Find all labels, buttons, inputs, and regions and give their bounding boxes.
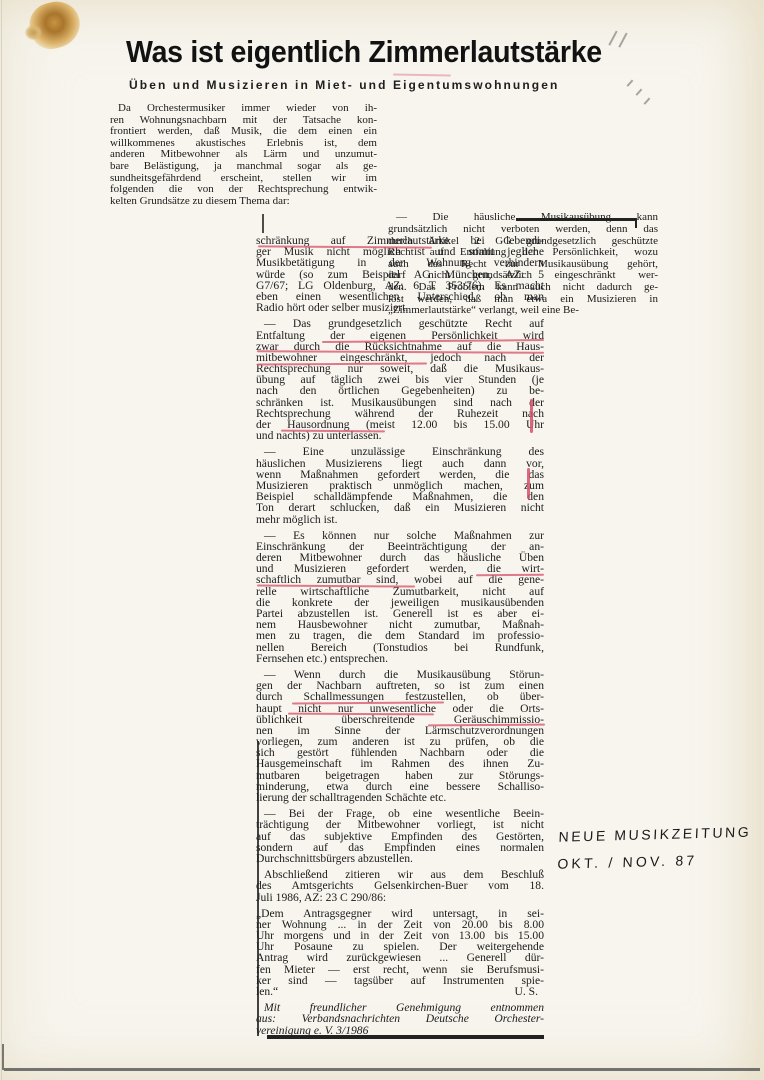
body-paragraph: — Eine unzulässige Einschränkung deshäus… xyxy=(256,446,544,524)
handwritten-note-line2: OKT. / NOV. 87 xyxy=(557,850,764,872)
red-underline-mark xyxy=(257,362,427,365)
pencil-mark xyxy=(618,33,627,48)
column-rule xyxy=(257,741,259,1036)
red-margin-mark xyxy=(530,399,533,433)
text-line: Ton derart schlucken, daß ein Musizieren… xyxy=(256,502,544,513)
pencil-mark xyxy=(627,80,633,87)
body-paragraph: — Das grundgesetzlich geschützte Recht a… xyxy=(256,318,544,441)
text-line: folgenden die von der Rechtsprechung ent… xyxy=(110,184,377,196)
column-rule-tick xyxy=(262,214,264,233)
clipping-rule-top-tick xyxy=(635,218,637,228)
body-paragraph: — Bei der Frage, ob eine wesentliche Bee… xyxy=(256,808,544,864)
scan-edge-left-tick xyxy=(2,1044,4,1070)
text-line: des Amtsgerichts Gelsenkirchen-Buer vom … xyxy=(256,880,544,891)
text-line: aus: Verbandsnachrichten Deutsche Orches… xyxy=(256,1013,544,1024)
text-line: Fernsehen etc.) entsprechen. xyxy=(256,653,544,664)
text-line: bare Belästigung, ja manchmal sogar als … xyxy=(110,161,377,173)
text-line: Antrag wird zurückgewiesen ... Generell … xyxy=(256,952,544,963)
text-line: men zu tragen, die dem Standard im profe… xyxy=(256,630,544,641)
scanned-document-page: Was ist eigentlich Zimmerlautstärke Üben… xyxy=(0,0,764,1080)
scan-edge-bottom xyxy=(4,1068,760,1071)
body-paragraph: — Es können nur solche Maßnahmen zurEins… xyxy=(256,530,544,664)
court-quote-paragraph: U. S. „Dem Antragsgegner wird untersagt,… xyxy=(256,908,544,998)
article-subtitle: Üben und Musizieren in Miet- und Eigentu… xyxy=(129,78,559,92)
pencil-mark xyxy=(608,31,617,46)
text-line: Musikbetätigung in der Wohnung verhinder… xyxy=(256,257,544,268)
handwritten-note: NEUE MUSIKZEITUNG OKT. / NOV. 87 xyxy=(557,823,764,872)
text-line: — Das grundgesetzlich geschützte Recht a… xyxy=(256,318,544,329)
text-line: kelten Grundsätze zu diesem Thema dar: xyxy=(110,196,377,208)
pencil-mark xyxy=(644,98,650,105)
text-line: Juli 1986, AZ: 23 C 290/86: xyxy=(256,892,544,903)
text-line: Hausgemeinschaft im Rahmen des ihnen Zu- xyxy=(256,758,544,769)
clipping-rule-top xyxy=(516,218,637,221)
quote-attribution: U. S. xyxy=(514,986,538,997)
handwritten-note-line1: NEUE MUSIKZEITUNG xyxy=(558,823,764,845)
text-line: len.“ xyxy=(256,986,544,997)
scan-edge-left xyxy=(1,0,2,1080)
body-paragraph: Abschließend zitieren wir aus dem Beschl… xyxy=(256,869,544,903)
red-underline-mark-title xyxy=(393,73,451,76)
text-line: und nachts) zu unterlassen. xyxy=(256,430,544,441)
text-line: trächtigung der Mitbewohner vorliegt, is… xyxy=(256,819,544,830)
credit-paragraph: Mit freundlicher Genehmigung entnommenau… xyxy=(256,1002,544,1036)
red-margin-mark xyxy=(527,468,530,499)
red-underline-mark xyxy=(281,429,385,432)
intro-column-left: Da Orchestermusiker immer wieder von ih-… xyxy=(110,103,377,207)
pencil-mark xyxy=(636,89,642,96)
text-line: Durchschnittsbürgers abzustellen. xyxy=(256,853,544,864)
article-title: Was ist eigentlich Zimmerlautstärke xyxy=(126,34,602,70)
text-line: Radio hört oder selber musiziert. xyxy=(256,302,544,313)
text-line: — Eine unzulässige Einschränkung des xyxy=(256,446,544,457)
article-body-column: schränkung auf Zimmerlautstärke bei lebe… xyxy=(256,235,544,1041)
text-line: nach den örtlichen Gegebenheiten) zu be- xyxy=(256,385,544,396)
text-line: lierung der schalltragenden Schächte etc… xyxy=(256,792,544,803)
text-line: ker sind — tagsüber auf Instrumenten spi… xyxy=(256,975,544,986)
text-line: Da Orchestermusiker immer wieder von ih- xyxy=(110,103,377,115)
clipping-rule-bottom xyxy=(267,1035,544,1039)
text-line: mehr möglich ist. xyxy=(256,514,544,525)
coffee-stain-small xyxy=(25,25,42,40)
body-paragraph: — Wenn durch die Musikausübung Störun-ge… xyxy=(256,669,544,803)
